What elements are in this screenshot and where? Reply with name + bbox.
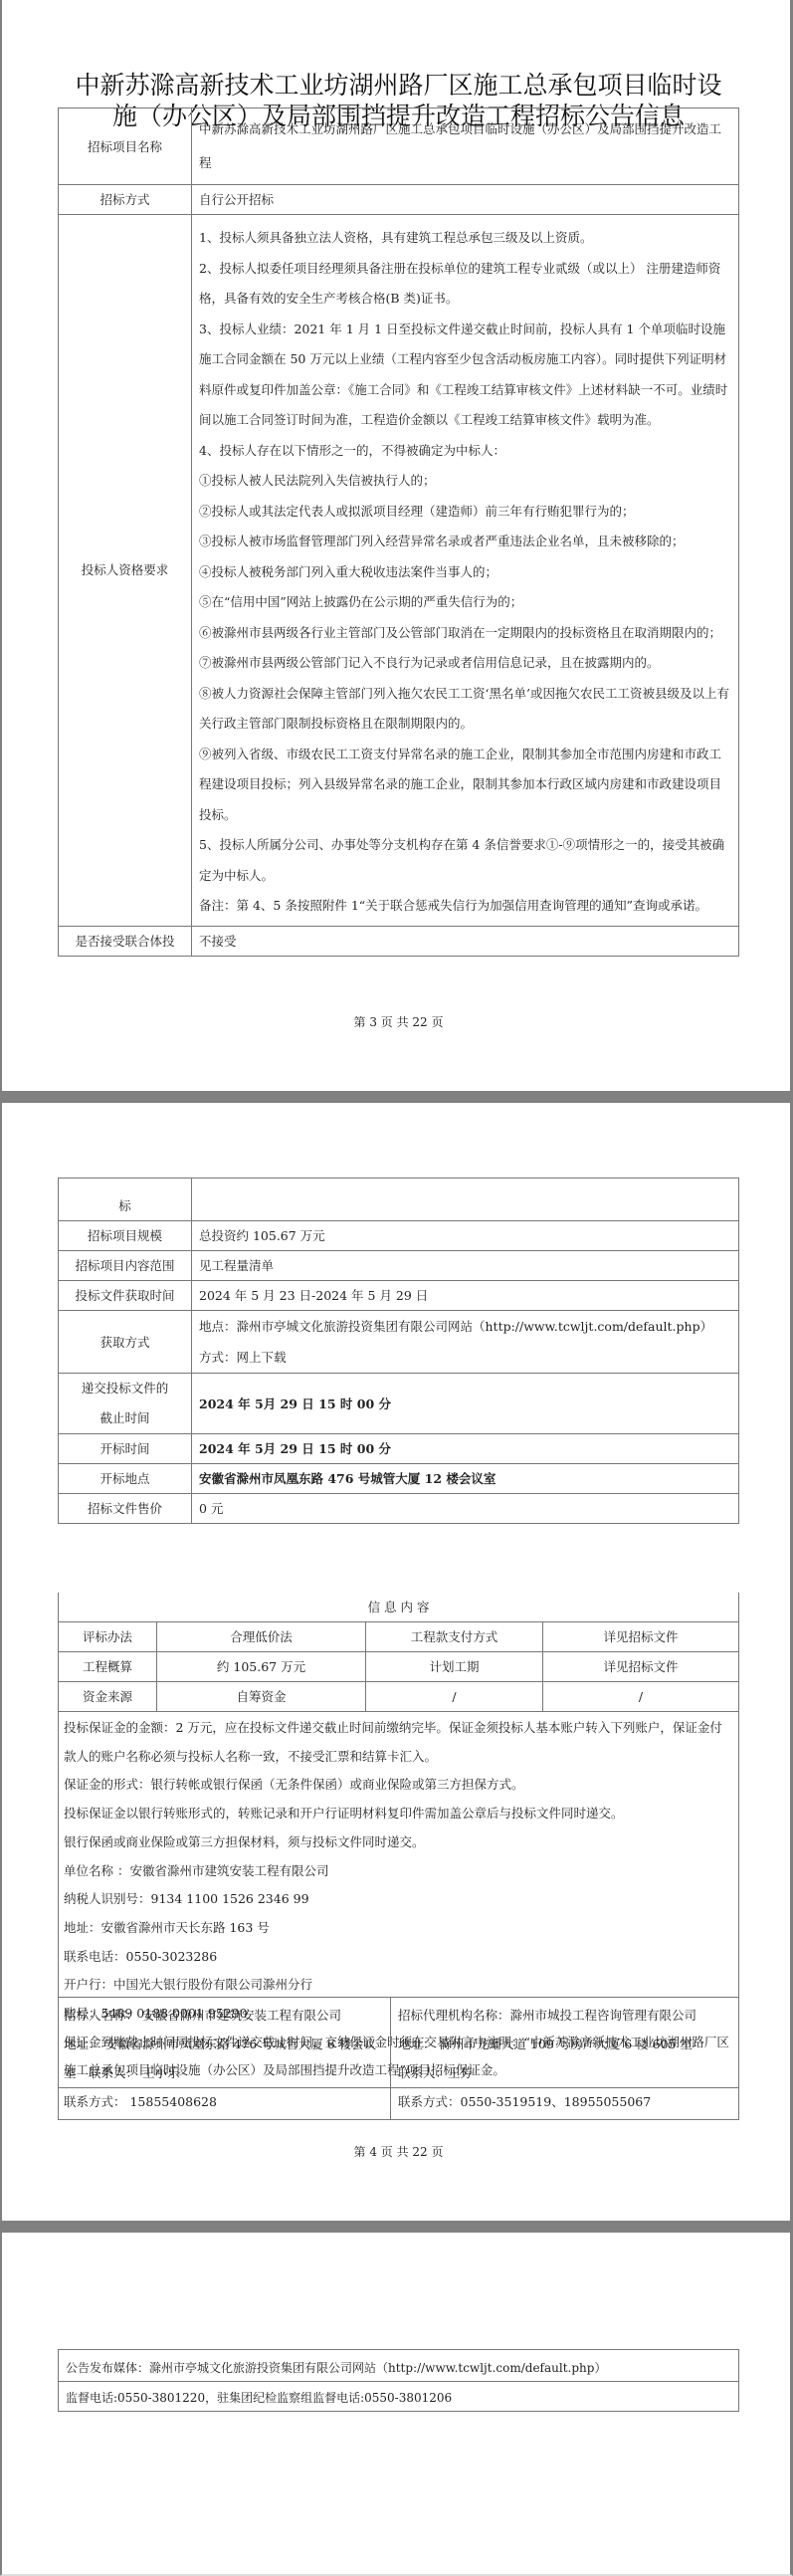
deposit-line: 地址：安徽省滁州市天长东路 163 号 bbox=[64, 1914, 733, 1943]
deposit-line: 投标保证金的金额：2 万元，应在投标文件递交截止时间前缴纳完毕。保证金须投标人基… bbox=[64, 1714, 733, 1771]
agency-name: 招标代理机构名称：滁州市城投工程咨询管理有限公司 bbox=[398, 2001, 731, 2030]
table-row-obtain-time: 投标文件获取时间 2024 年 5 月 23 日-2024 年 5 月 29 日 bbox=[59, 1281, 739, 1311]
qualification-line: ⑦被滁州市县两级公管部门记入不良行为记录或者信用信息记录，且在披露期内的。 bbox=[199, 648, 731, 679]
info-cell: 详见招标文件 bbox=[543, 1622, 739, 1652]
label-deadline-line1: 递交投标文件的 bbox=[62, 1374, 188, 1403]
agency-contact: 联系方式：0550-3519519、18955055067 bbox=[398, 2087, 731, 2116]
qualification-line: ⑤在“信用中国”网站上披露仍在公示期的严重失信行为的； bbox=[199, 587, 731, 618]
label-price: 招标文件售价 bbox=[59, 1494, 192, 1524]
label-scale: 招标项目规模 bbox=[59, 1221, 192, 1251]
page-number: 第 3 页 共 22 页 bbox=[2, 1013, 793, 1030]
value-open-time: 2024 年 5月 29 日 15 时 00 分 bbox=[192, 1434, 739, 1464]
label-qualifications: 投标人资格要求 bbox=[59, 215, 192, 927]
publication-table: 公告发布媒体：滁州市亭城文化旅游投资集团有限公司网站（http://www.tc… bbox=[58, 2349, 739, 2412]
deposit-line: 投标保证金以银行转账形式的，转账记录和开户行证明材料复印件需加盖公章后与投标文件… bbox=[64, 1800, 733, 1828]
info-row: 资金来源 自筹资金 / / bbox=[59, 1682, 739, 1712]
table-row-scale: 招标项目规模 总投资约 105.67 万元 bbox=[59, 1221, 739, 1251]
tender-info-table: 招标项目名称 中新苏滁高新技术工业坊湖州路厂区施工总承包项目临时设施（办公区）及… bbox=[58, 107, 739, 957]
value-continued bbox=[192, 1179, 739, 1221]
info-cell: 评标办法 bbox=[59, 1622, 157, 1652]
qualification-line: ②投标人或其法定代表人或拟派项目经理（建造师）前三年有行贿犯罪行为的； bbox=[199, 497, 731, 528]
value-open-place: 安徽省滁州市凤凰东路 476 号城管大厦 12 楼会议室 bbox=[192, 1464, 739, 1494]
info-cell: / bbox=[543, 1682, 739, 1712]
deposit-line: 银行保函或商业保险或第三方担保材料，须与投标文件同时递交。 bbox=[64, 1828, 733, 1857]
contacts-row: 招标人名称： 安徽省滁州市建筑安装工程有限公司 地址： 安徽省滁州市凤凰东路 4… bbox=[59, 1998, 739, 2120]
info-cell: 工程概算 bbox=[59, 1652, 157, 1682]
qualification-line: 备注：第 4、5 条按照附件 1“关于联合惩戒失信行为加强信用查询管理的通知”查… bbox=[199, 891, 731, 922]
info-cell: 详见招标文件 bbox=[543, 1652, 739, 1682]
label-project-name: 招标项目名称 bbox=[59, 108, 192, 185]
label-deadline-line2: 截止时间 bbox=[62, 1403, 188, 1433]
document-page-5: 公告发布媒体：滁州市亭城文化旅游投资集团有限公司网站（http://www.tc… bbox=[0, 2233, 793, 2576]
label-deadline: 递交投标文件的 截止时间 bbox=[59, 1374, 192, 1434]
qualification-line: ④投标人被税务部门列入重大税收违法案件当事人的； bbox=[199, 557, 731, 588]
table-row-deadline: 递交投标文件的 截止时间 2024 年 5月 29 日 15 时 00 分 bbox=[59, 1374, 739, 1434]
info-cell: 约 105.67 万元 bbox=[157, 1652, 366, 1682]
qualification-line: 1、投标人须具备独立法人资格，具有建筑工程总承包三级及以上资质。 bbox=[199, 223, 731, 254]
value-qualifications: 1、投标人须具备独立法人资格，具有建筑工程总承包三级及以上资质。 2、投标人拟委… bbox=[192, 215, 739, 927]
qualification-line: ①投标人被人民法院列入失信被执行人的； bbox=[199, 466, 731, 497]
table-row-continued: 标 bbox=[59, 1179, 739, 1221]
value-price: 0 元 bbox=[192, 1494, 739, 1524]
table-row-consortium: 是否接受联合体投 不接受 bbox=[59, 926, 739, 956]
qualification-line: ③投标人被市场监督管理部门列入经营异常名录或者严重违法企业名单，且未被移除的； bbox=[199, 527, 731, 557]
obtain-location: 地点：滁州市亭城文化旅游投资集团有限公司网站（http://www.tcwljt… bbox=[199, 1311, 731, 1342]
table-row-open-place: 开标地点 安徽省滁州市凤凰东路 476 号城管大厦 12 楼会议室 bbox=[59, 1464, 739, 1494]
label-consortium: 是否接受联合体投 bbox=[59, 926, 192, 956]
value-consortium: 不接受 bbox=[192, 926, 739, 956]
info-row: 工程概算 约 105.67 万元 计划工期 详见招标文件 bbox=[59, 1652, 739, 1682]
agency-person: 联系人：王芳 bbox=[398, 2058, 731, 2087]
tenderer-info: 招标人名称： 安徽省滁州市建筑安装工程有限公司 地址： 安徽省滁州市凤凰东路 4… bbox=[59, 1998, 391, 2120]
document-page-3: 中新苏滁高新技术工业坊湖州路厂区施工总承包项目临时设 施（办公区）及局部围挡提升… bbox=[0, 0, 793, 1091]
label-scope: 招标项目内容范围 bbox=[59, 1251, 192, 1281]
qualification-line: ⑧被人力资源社会保障主管部门列入拖欠农民工工资‘黑名单’或因拖欠农民工工资被县级… bbox=[199, 679, 731, 740]
table-row-qualifications: 投标人资格要求 1、投标人须具备独立法人资格，具有建筑工程总承包三级及以上资质。… bbox=[59, 215, 739, 927]
document-page-4: 标 招标项目规模 总投资约 105.67 万元 招标项目内容范围 见工程量清单 … bbox=[0, 1103, 793, 2221]
info-cell: 合理低价法 bbox=[157, 1622, 366, 1652]
value-scope: 见工程量清单 bbox=[192, 1251, 739, 1281]
info-header-row: 信 息 内 容 bbox=[59, 1593, 739, 1622]
qualification-line: ⑥被滁州市县两级各行业主管部门及公管部门取消在一定期限内的投标资格且在取消期限内… bbox=[199, 618, 731, 649]
tenderer-contact: 联系方式： 15855408628 bbox=[64, 2087, 385, 2116]
deposit-line: 纳税人识别号：9134 1100 1526 2346 99 bbox=[64, 1885, 733, 1914]
info-cell: 计划工期 bbox=[366, 1652, 543, 1682]
qualification-line: 4、投标人存在以下情形之一的，不得被确定为中标人： bbox=[199, 436, 731, 467]
deposit-line: 单位名称 ：安徽省滁州市建筑安装工程有限公司 bbox=[64, 1857, 733, 1886]
table-row-open-time: 开标时间 2024 年 5月 29 日 15 时 00 分 bbox=[59, 1434, 739, 1464]
qualification-line: ⑨被列入省级、市级农民工工资支付异常名录的施工企业，限制其参加全市范围内房建和市… bbox=[199, 740, 731, 831]
title-line-1: 中新苏滁高新技术工业坊湖州路厂区施工总承包项目临时设 bbox=[2, 70, 793, 101]
info-header: 信 息 内 容 bbox=[59, 1593, 739, 1622]
page-number: 第 4 页 共 22 页 bbox=[2, 2143, 793, 2160]
qualification-line: 5、投标人所属分公司、办事处等分支机构存在第 4 条信誉要求①-⑨项情形之一的，… bbox=[199, 830, 731, 891]
deposit-line: 联系电话：0550-3023286 bbox=[64, 1943, 733, 1972]
info-cell: 自筹资金 bbox=[157, 1682, 366, 1712]
label-obtain-time: 投标文件获取时间 bbox=[59, 1281, 192, 1311]
label-continued: 标 bbox=[59, 1179, 192, 1221]
qualification-line: 3、投标人业绩：2021 年 1 月 1 日至投标文件递交截止时间前，投标人具有… bbox=[199, 315, 731, 436]
value-project-name: 中新苏滁高新技术工业坊湖州路厂区施工总承包项目临时设施（办公区）及局部围挡提升改… bbox=[192, 108, 739, 185]
tenderer-name: 招标人名称： 安徽省滁州市建筑安装工程有限公司 bbox=[64, 2001, 385, 2030]
agency-info: 招标代理机构名称：滁州市城投工程咨询管理有限公司 地址： 滁州市龙蟠大道 109… bbox=[391, 1998, 739, 2120]
table-row-project-name: 招标项目名称 中新苏滁高新技术工业坊湖州路厂区施工总承包项目临时设施（办公区）及… bbox=[59, 108, 739, 185]
value-deadline: 2024 年 5月 29 日 15 时 00 分 bbox=[192, 1374, 739, 1434]
label-method: 招标方式 bbox=[59, 185, 192, 215]
label-obtain-method: 获取方式 bbox=[59, 1311, 192, 1374]
value-obtain-time: 2024 年 5 月 23 日-2024 年 5 月 29 日 bbox=[192, 1281, 739, 1311]
contacts-table: 招标人名称： 安徽省滁州市建筑安装工程有限公司 地址： 安徽省滁州市凤凰东路 4… bbox=[58, 1997, 739, 2120]
value-scale: 总投资约 105.67 万元 bbox=[192, 1221, 739, 1251]
agency-address: 地址： 滁州市龙蟠大道 109 号房产大厦 6 楼 605 室 bbox=[398, 2030, 731, 2058]
tender-detail-table: 标 招标项目规模 总投资约 105.67 万元 招标项目内容范围 见工程量清单 … bbox=[58, 1178, 739, 1524]
info-cell: 工程款支付方式 bbox=[366, 1622, 543, 1652]
supervision-row: 监督电话:0550-3801220，驻集团纪检监察组监督电话:0550-3801… bbox=[59, 2382, 739, 2412]
info-row: 评标办法 合理低价法 工程款支付方式 详见招标文件 bbox=[59, 1622, 739, 1652]
deposit-line: 开户行：中国光大银行股份有限公司滁州分行 bbox=[64, 1971, 733, 2000]
qualification-line: 2、投标人拟委任项目经理须具备注册在投标单位的建筑工程专业贰级（或以上） 注册建… bbox=[199, 254, 731, 315]
label-open-place: 开标地点 bbox=[59, 1464, 192, 1494]
table-row-obtain-method: 获取方式 地点：滁州市亭城文化旅游投资集团有限公司网站（http://www.t… bbox=[59, 1311, 739, 1374]
table-row-price: 招标文件售价 0 元 bbox=[59, 1494, 739, 1524]
tenderer-address: 地址： 安徽省滁州市凤凰东路 476 号城管大厦 6 楼会议室 联系人： 王小乐 bbox=[64, 2030, 385, 2087]
value-obtain-method: 地点：滁州市亭城文化旅游投资集团有限公司网站（http://www.tcwljt… bbox=[192, 1311, 739, 1374]
obtain-method: 方式：网上下载 bbox=[199, 1342, 731, 1373]
info-cell: 资金来源 bbox=[59, 1682, 157, 1712]
label-open-time: 开标时间 bbox=[59, 1434, 192, 1464]
deposit-line: 保证金的形式：银行转帐或银行保函（无条件保函）或商业保险或第三方担保方式。 bbox=[64, 1771, 733, 1800]
table-row-method: 招标方式 自行公开招标 bbox=[59, 185, 739, 215]
table-row-scope: 招标项目内容范围 见工程量清单 bbox=[59, 1251, 739, 1281]
media-row: 公告发布媒体：滁州市亭城文化旅游投资集团有限公司网站（http://www.tc… bbox=[59, 2350, 739, 2382]
info-cell: / bbox=[366, 1682, 543, 1712]
publication-media: 公告发布媒体：滁州市亭城文化旅游投资集团有限公司网站（http://www.tc… bbox=[59, 2350, 739, 2382]
supervision-phones: 监督电话:0550-3801220，驻集团纪检监察组监督电话:0550-3801… bbox=[59, 2382, 739, 2412]
value-method: 自行公开招标 bbox=[192, 185, 739, 215]
